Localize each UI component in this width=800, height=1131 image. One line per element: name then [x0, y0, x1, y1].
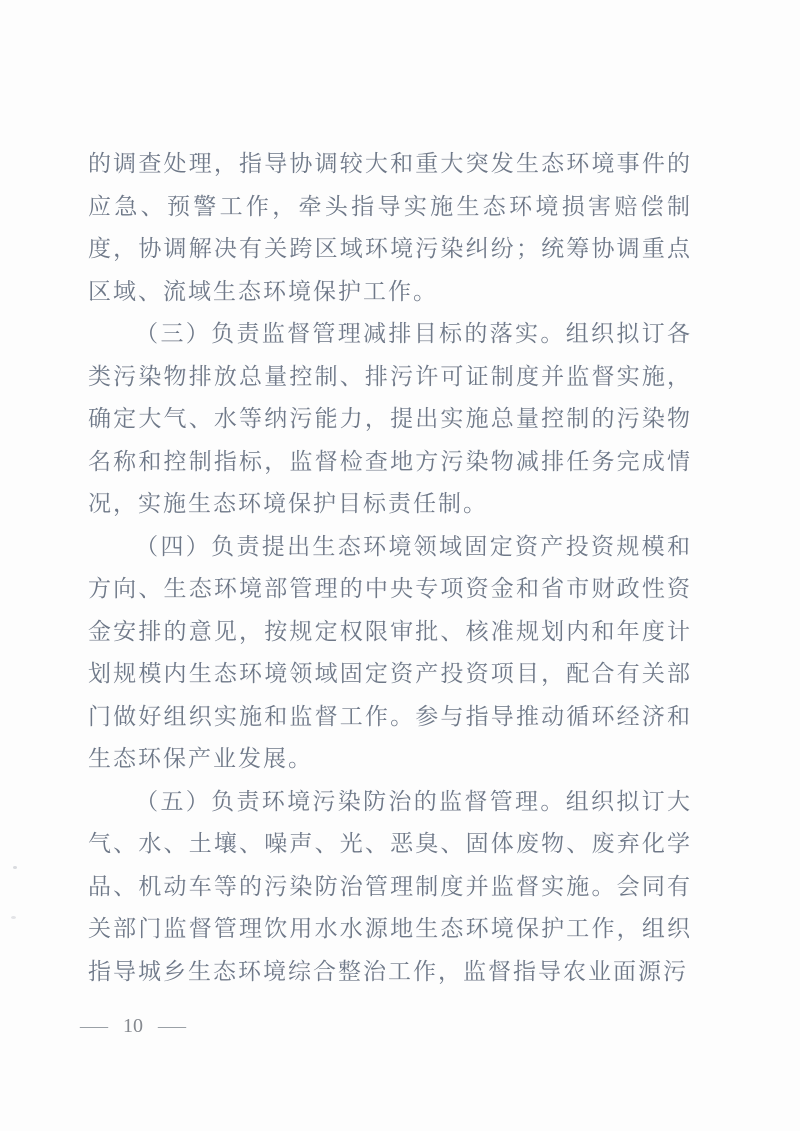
- document-body-text: 的调查处理，指导协调较大和重大突发生态环境事件的应急、预警工作，牵头指导实施生态…: [88, 143, 692, 993]
- page-number: 10: [123, 1015, 143, 1037]
- footer-dash-left: —: [80, 1012, 108, 1040]
- paragraph-item-5: （五）负责环境污染防治的监督管理。组织拟订大气、水、土壤、噪声、光、恶臭、固体废…: [88, 781, 692, 994]
- footer-dash-right: —: [158, 1012, 186, 1040]
- paragraph-continuation: 的调查处理，指导协调较大和重大突发生态环境事件的应急、预警工作，牵头指导实施生态…: [88, 143, 692, 313]
- paragraph-item-4: （四）负责提出生态环境领域固定资产投资规模和方向、生态环境部管理的中央专项资金和…: [88, 526, 692, 781]
- scanned-document-page: 的调查处理，指导协调较大和重大突发生态环境事件的应急、预警工作，牵头指导实施生态…: [0, 0, 800, 1131]
- scan-speckle: [11, 916, 16, 919]
- paragraph-item-3: （三）负责监督管理减排目标的落实。组织拟订各类污染物排放总量控制、排污许可证制度…: [88, 313, 692, 526]
- page-footer: — 10 —: [84, 1012, 182, 1040]
- scan-speckle: [13, 866, 17, 869]
